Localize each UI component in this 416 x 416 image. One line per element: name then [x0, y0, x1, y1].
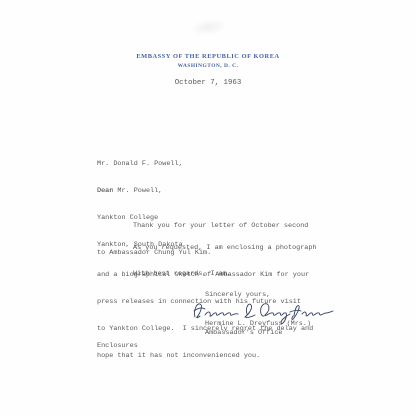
body-line: As you requested, I am enclosing a photo…: [97, 244, 317, 253]
letterhead: EMBASSY OF THE REPUBLIC OF KOREA WASHING…: [0, 52, 416, 71]
recipient-name: Mr. Donald F. Powell,: [97, 160, 183, 169]
salutation: Dear Mr. Powell,: [97, 187, 162, 196]
embossed-seal-icon: [191, 18, 227, 37]
letter-date: October 7, 1963: [0, 79, 416, 88]
enclosures-notation: Enclosures: [97, 342, 138, 351]
body-line: hope that it has not inconvenienced you.: [97, 352, 317, 361]
signer-typed-name: Hermine L. Dreyfuss (Mrs.): [205, 320, 311, 329]
regards-line: With best regards, I am,: [97, 270, 231, 279]
letter-page: EMBASSY OF THE REPUBLIC OF KOREA WASHING…: [0, 0, 416, 416]
letterhead-city: WASHINGTON, D. C.: [0, 62, 416, 71]
letterhead-embassy-name: EMBASSY OF THE REPUBLIC OF KOREA: [0, 52, 416, 61]
signer-title: Ambassador's Office: [205, 329, 283, 338]
